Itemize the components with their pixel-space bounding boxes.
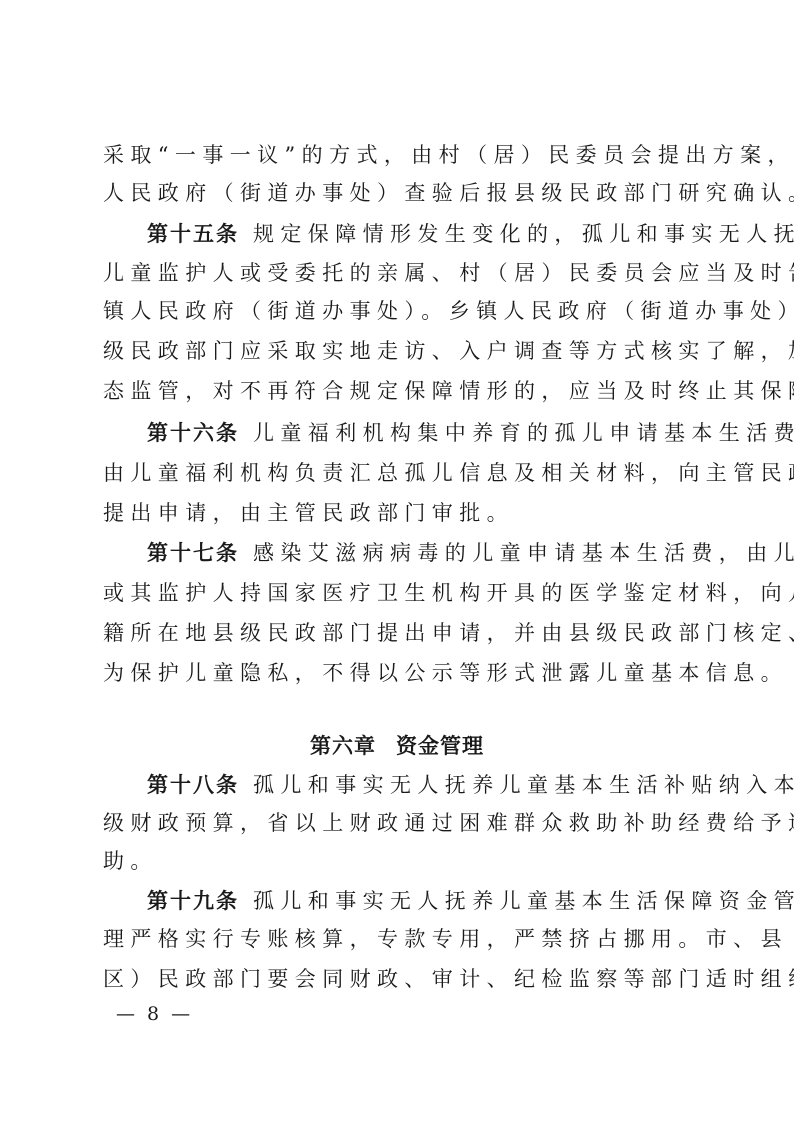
body-line: 镇人民政府（街道办事处）。乡镇人民政府（街道办事处）和县 <box>103 298 703 324</box>
article-17-first-line: 第十七条感染艾滋病病毒的儿童申请基本生活费，由儿童 <box>147 540 747 566</box>
article-text: 儿童福利机构集中养育的孤儿申请基本生活费， <box>253 421 794 445</box>
body-line: 人民政府（街道办事处）查验后报县级民政部门研究确认。 <box>103 180 703 206</box>
body-line: 为保护儿童隐私，不得以公示等形式泄露儿童基本信息。 <box>103 660 703 686</box>
body-line: 儿童监护人或受委托的亲属、村（居）民委员会应当及时告知乡 <box>103 260 703 286</box>
article-19-first-line: 第十九条孤儿和事实无人抚养儿童基本生活保障资金管 <box>147 888 747 914</box>
body-line: 助。 <box>103 848 703 874</box>
body-line: 区）民政部门要会同财政、审计、纪检监察等部门适时组织专项 <box>103 966 703 992</box>
body-line: 由儿童福利机构负责汇总孤儿信息及相关材料，向主管民政部门 <box>103 460 703 486</box>
body-line: 级民政部门应采取实地走访、入户调查等方式核实了解，加强动 <box>103 338 703 364</box>
article-heading: 第十八条 <box>147 773 239 797</box>
article-text: 孤儿和事实无人抚养儿童基本生活补贴纳入本 <box>253 773 794 797</box>
chapter-number: 第六章 <box>310 734 376 758</box>
body-line: 或其监护人持国家医疗卫生机构开具的医学鉴定材料，向儿童户 <box>103 580 703 606</box>
body-line: 理严格实行专账核算，专款专用，严禁挤占挪用。市、县（市、 <box>103 926 703 952</box>
body-line: 提出申请，由主管民政部门审批。 <box>103 500 703 526</box>
article-heading: 第十六条 <box>147 421 239 445</box>
document-page: 采取“一事一议”的方式，由村（居）民委员会提出方案，经乡镇 人民政府（街道办事处… <box>0 0 794 1123</box>
body-line: 采取“一事一议”的方式，由村（居）民委员会提出方案，经乡镇 <box>103 142 703 168</box>
chapter-title: 资金管理 <box>396 734 484 758</box>
article-16-first-line: 第十六条儿童福利机构集中养育的孤儿申请基本生活费， <box>147 420 747 446</box>
page-number: — 8 — <box>116 1002 193 1026</box>
body-line: 态监管，对不再符合规定保障情形的，应当及时终止其保障资格。 <box>103 378 703 404</box>
article-18-first-line: 第十八条孤儿和事实无人抚养儿童基本生活补贴纳入本 <box>147 772 747 798</box>
article-heading: 第十五条 <box>147 222 239 246</box>
article-heading: 第十七条 <box>147 541 239 565</box>
article-text: 孤儿和事实无人抚养儿童基本生活保障资金管 <box>253 889 794 913</box>
body-line: 级财政预算，省以上财政通过困难群众救助补助经费给予适当补 <box>103 810 703 836</box>
article-text: 感染艾滋病病毒的儿童申请基本生活费，由儿童 <box>253 541 794 565</box>
body-line: 籍所在地县级民政部门提出申请，并由县级民政部门核定、审批。 <box>103 620 703 646</box>
article-15-first-line: 第十五条规定保障情形发生变化的，孤儿和事实无人抚养 <box>147 221 747 247</box>
article-text: 规定保障情形发生变化的，孤儿和事实无人抚养 <box>253 222 794 246</box>
article-heading: 第十九条 <box>147 889 239 913</box>
chapter-heading: 第六章资金管理 <box>0 733 794 759</box>
